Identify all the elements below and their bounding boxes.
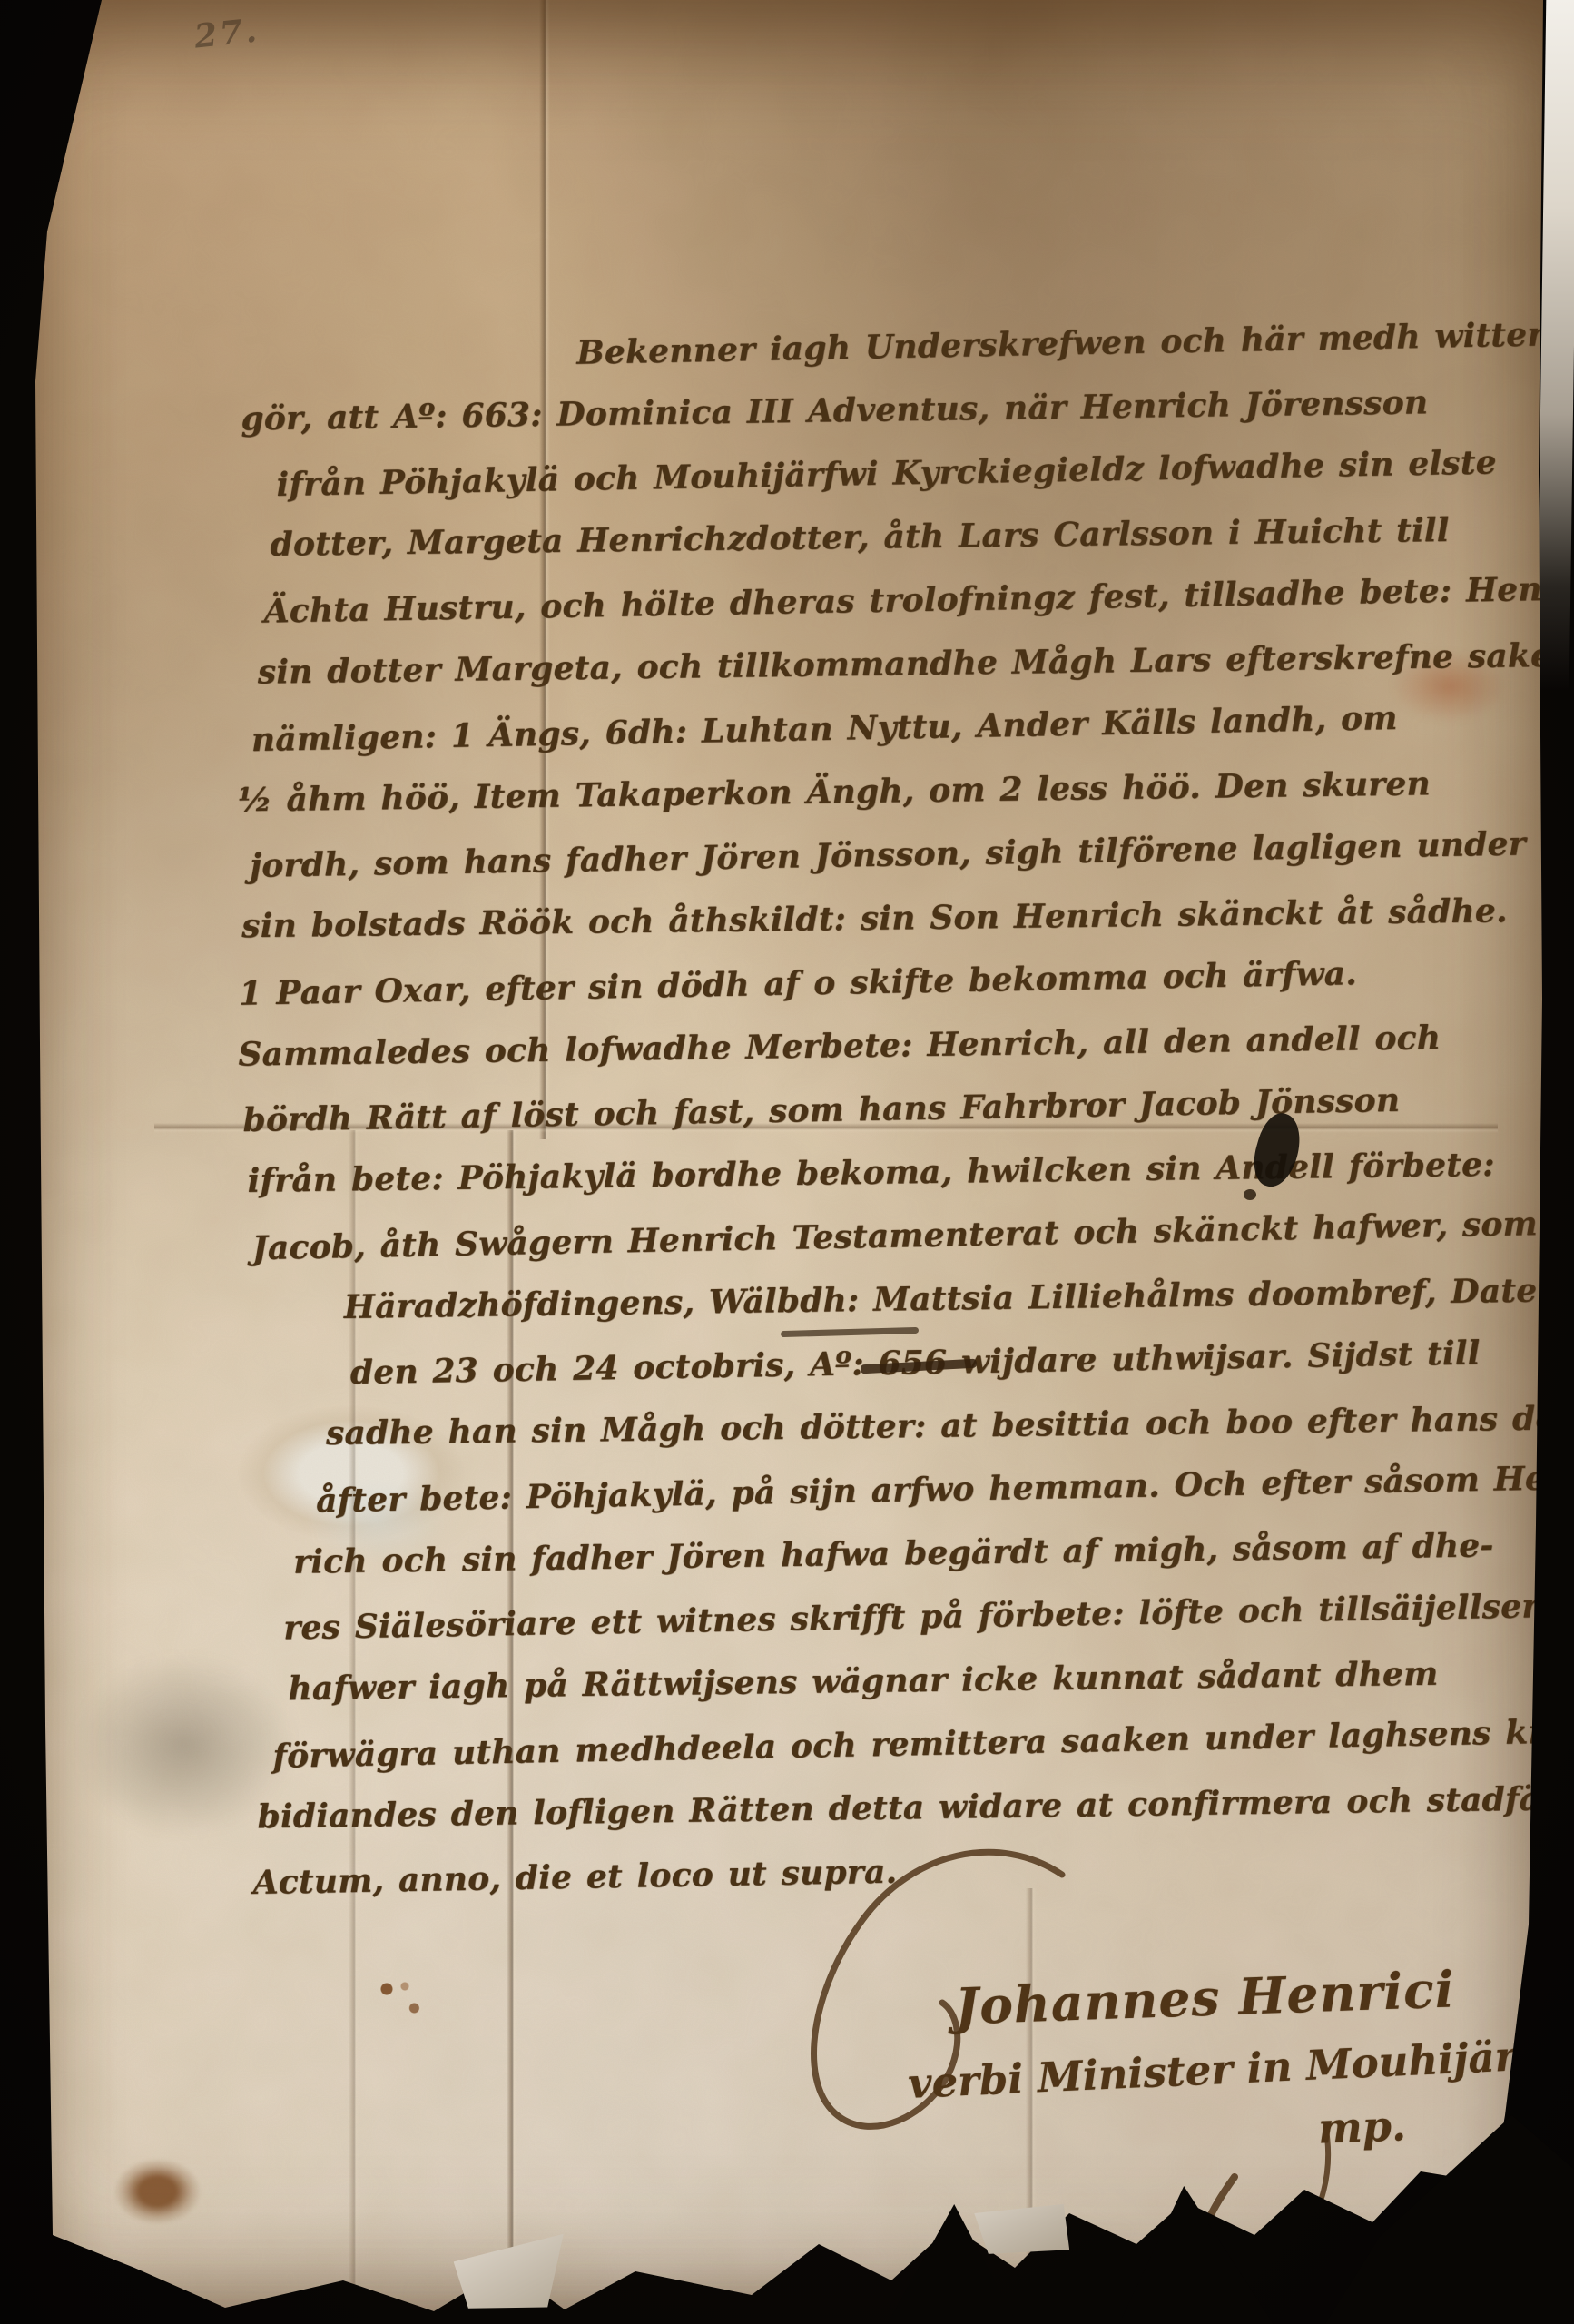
photograph-of-manuscript: 27. Bekenner iagh Underskrefwen och här … <box>0 0 1574 2324</box>
signature-title: verbi Minister in Mouhijärfwi <box>907 2029 1574 2108</box>
vertical-fold-crease <box>1026 1888 1037 2324</box>
ink-spots <box>365 1970 438 2024</box>
archival-number: 27. <box>192 11 261 55</box>
brown-stain <box>114 2159 201 2224</box>
signature-name: Johannes Henrici <box>954 1959 1456 2035</box>
signature-manu-propria: mp. <box>1317 2101 1407 2152</box>
paper-sheet: 27. Bekenner iagh Underskrefwen och här … <box>0 0 1574 2324</box>
manuscript-text: Bekenner iagh Underskrefwen och här medh… <box>227 317 1568 1926</box>
